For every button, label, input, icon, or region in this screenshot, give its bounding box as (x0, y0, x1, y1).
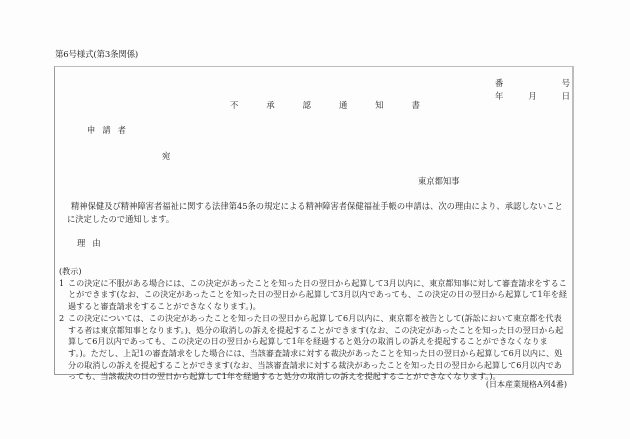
date-day: 日 (562, 90, 570, 102)
applicant-char: 者 (118, 124, 126, 136)
reason-label: 理由 (77, 237, 108, 249)
form-number-label: 第6号様式(第3条関係) (55, 48, 138, 60)
instructions-heading: (教示) (59, 266, 569, 278)
date-row: 年 月 日 (495, 90, 570, 102)
paper-size-note: (日本産業規格A列4番) (486, 379, 567, 390)
number-suffix: 号 (562, 77, 570, 89)
title-char: 知 (375, 99, 383, 111)
reason-char: 由 (92, 237, 100, 249)
addressee-suffix: 宛 (162, 150, 170, 162)
instruction-text: この決定に不服がある場合には、この決定があったことを知った日の翌日から起算して3… (68, 278, 567, 311)
applicant-label: 申請者 (87, 124, 133, 136)
title-char: 通 (339, 99, 347, 111)
date-year: 年 (495, 90, 503, 102)
instructions-section: (教示) 1この決定に不服がある場合には、この決定があったことを知った日の翌日か… (59, 266, 569, 383)
instruction-text: この決定については、この決定があったことを知った日の翌日から起算して6月以内に、… (68, 313, 563, 382)
title-char: 不 (230, 99, 238, 111)
title-char: 認 (303, 99, 311, 111)
date-month: 月 (528, 90, 536, 102)
reason-char: 理 (77, 237, 85, 249)
applicant-char: 請 (102, 124, 110, 136)
document-title: 不承認通知書 (230, 99, 420, 111)
issuer-name: 東京都知事 (418, 175, 460, 187)
number-prefix: 番 (495, 77, 503, 89)
applicant-char: 申 (87, 124, 95, 136)
title-char: 承 (266, 99, 274, 111)
instruction-number: 1 (59, 278, 68, 290)
document-number-row: 番 号 (495, 77, 570, 89)
notice-frame: 番 号 年 月 日 不承認通知書 申請者 宛 東京都知事 精神保健及び精神障害者… (54, 66, 574, 375)
instruction-item: 1この決定に不服がある場合には、この決定があったことを知った日の翌日から起算して… (59, 278, 569, 313)
instruction-number: 2 (59, 313, 68, 325)
instruction-item: 2この決定については、この決定があったことを知った日の翌日から起算して6月以内に… (59, 313, 569, 383)
notice-body: 精神保健及び精神障害者福祉に関する法律第45条の規定による精神障害者保健福祉手帳… (67, 200, 567, 226)
title-char: 書 (412, 99, 420, 111)
